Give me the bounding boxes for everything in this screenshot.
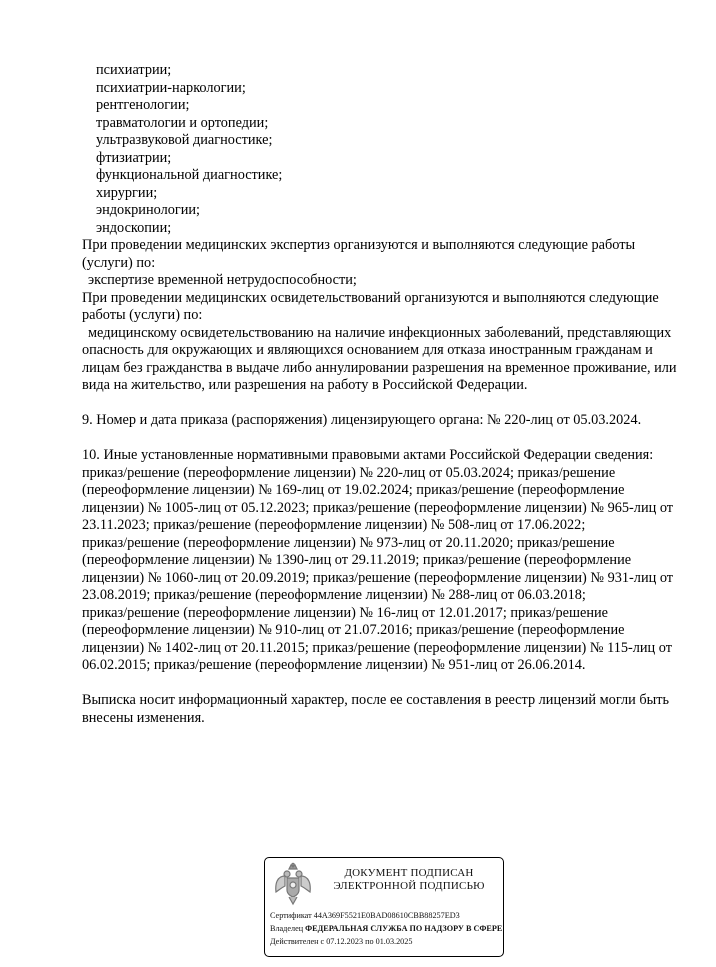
section-10-line: 23.11.2023; приказ/решение (переоформлен… — [82, 517, 585, 535]
owner-line: Владелец ФЕДЕРАЛЬНАЯ СЛУЖБА ПО НАДЗОРУ В… — [270, 923, 504, 934]
expertise-item: экспертизе временной нетрудоспособности; — [88, 272, 357, 290]
section-10-line: 06.02.2015; приказ/решение (переоформлен… — [82, 657, 585, 675]
specialty-item: хирургии; — [96, 185, 157, 203]
validity-line: Действителен с 07.12.2023 по 01.03.2025 — [270, 936, 412, 947]
specialty-item: психиатрии; — [96, 62, 171, 80]
russian-coat-of-arms-icon — [273, 862, 313, 906]
specialty-item: психиатрии-наркологии; — [96, 80, 246, 98]
section-10-line: (переоформление лицензии) № 169-лиц от 1… — [82, 482, 624, 500]
section-10-line: приказ/решение (переоформление лицензии)… — [82, 465, 615, 483]
examination-item: вида на жительство, или разрешения на ра… — [82, 377, 527, 395]
specialty-item: рентгенологии; — [96, 97, 189, 115]
section-10-line: лицензии) № 1005-лиц от 05.12.2023; прик… — [82, 500, 673, 518]
disclaimer: внесены изменения. — [82, 710, 205, 728]
section-10-line: 23.08.2019; приказ/решение (переоформлен… — [82, 587, 586, 605]
section-10-line: (переоформление лицензии) № 910-лиц от 2… — [82, 622, 624, 640]
examination-intro: работы (услуги) по: — [82, 307, 202, 325]
electronic-signature-stamp: ДОКУМЕНТ ПОДПИСАН ЭЛЕКТРОННОЙ ПОДПИСЬЮ С… — [264, 857, 504, 957]
specialty-item: функциональной диагностике; — [96, 167, 282, 185]
section-10-line: лицензии) № 1060-лиц от 20.09.2019; прик… — [82, 570, 673, 588]
section-9: 9. Номер и дата приказа (распоряжения) л… — [82, 412, 641, 430]
expertise-intro: При проведении медицинских экспертиз орг… — [82, 237, 635, 255]
certificate-line: Сертификат 44A369F5521E0BAD08610CBB88257… — [270, 910, 460, 921]
specialty-item: ультразвуковой диагностике; — [96, 132, 272, 150]
specialty-item: эндокринологии; — [96, 202, 200, 220]
stamp-title: ДОКУМЕНТ ПОДПИСАН ЭЛЕКТРОННОЙ ПОДПИСЬЮ — [321, 867, 497, 893]
examination-item: лицам без гражданства в выдаче либо анну… — [82, 360, 677, 378]
examination-intro: При проведении медицинских освидетельств… — [82, 290, 659, 308]
specialty-item: травматологии и ортопедии; — [96, 115, 268, 133]
section-10-line: (переоформление лицензии) № 1390-лиц от … — [82, 552, 631, 570]
section-10-line: 10. Иные установленные нормативными прав… — [82, 447, 653, 465]
specialty-item: эндоскопии; — [96, 220, 171, 238]
expertise-intro: (услуги) по: — [82, 255, 155, 273]
specialty-item: фтизиатрии; — [96, 150, 171, 168]
disclaimer: Выписка носит информационный характер, п… — [82, 692, 669, 710]
examination-item: опасность для окружающих и являющихся ос… — [82, 342, 653, 360]
section-10-line: приказ/решение (переоформление лицензии)… — [82, 535, 615, 553]
section-10-line: лицензии) № 1402-лиц от 20.11.2015; прик… — [82, 640, 672, 658]
section-10-line: приказ/решение (переоформление лицензии)… — [82, 605, 608, 623]
examination-item: медицинскому освидетельствованию на нали… — [88, 325, 671, 343]
document-page: психиатрии; психиатрии-наркологии; рентг… — [0, 0, 716, 967]
